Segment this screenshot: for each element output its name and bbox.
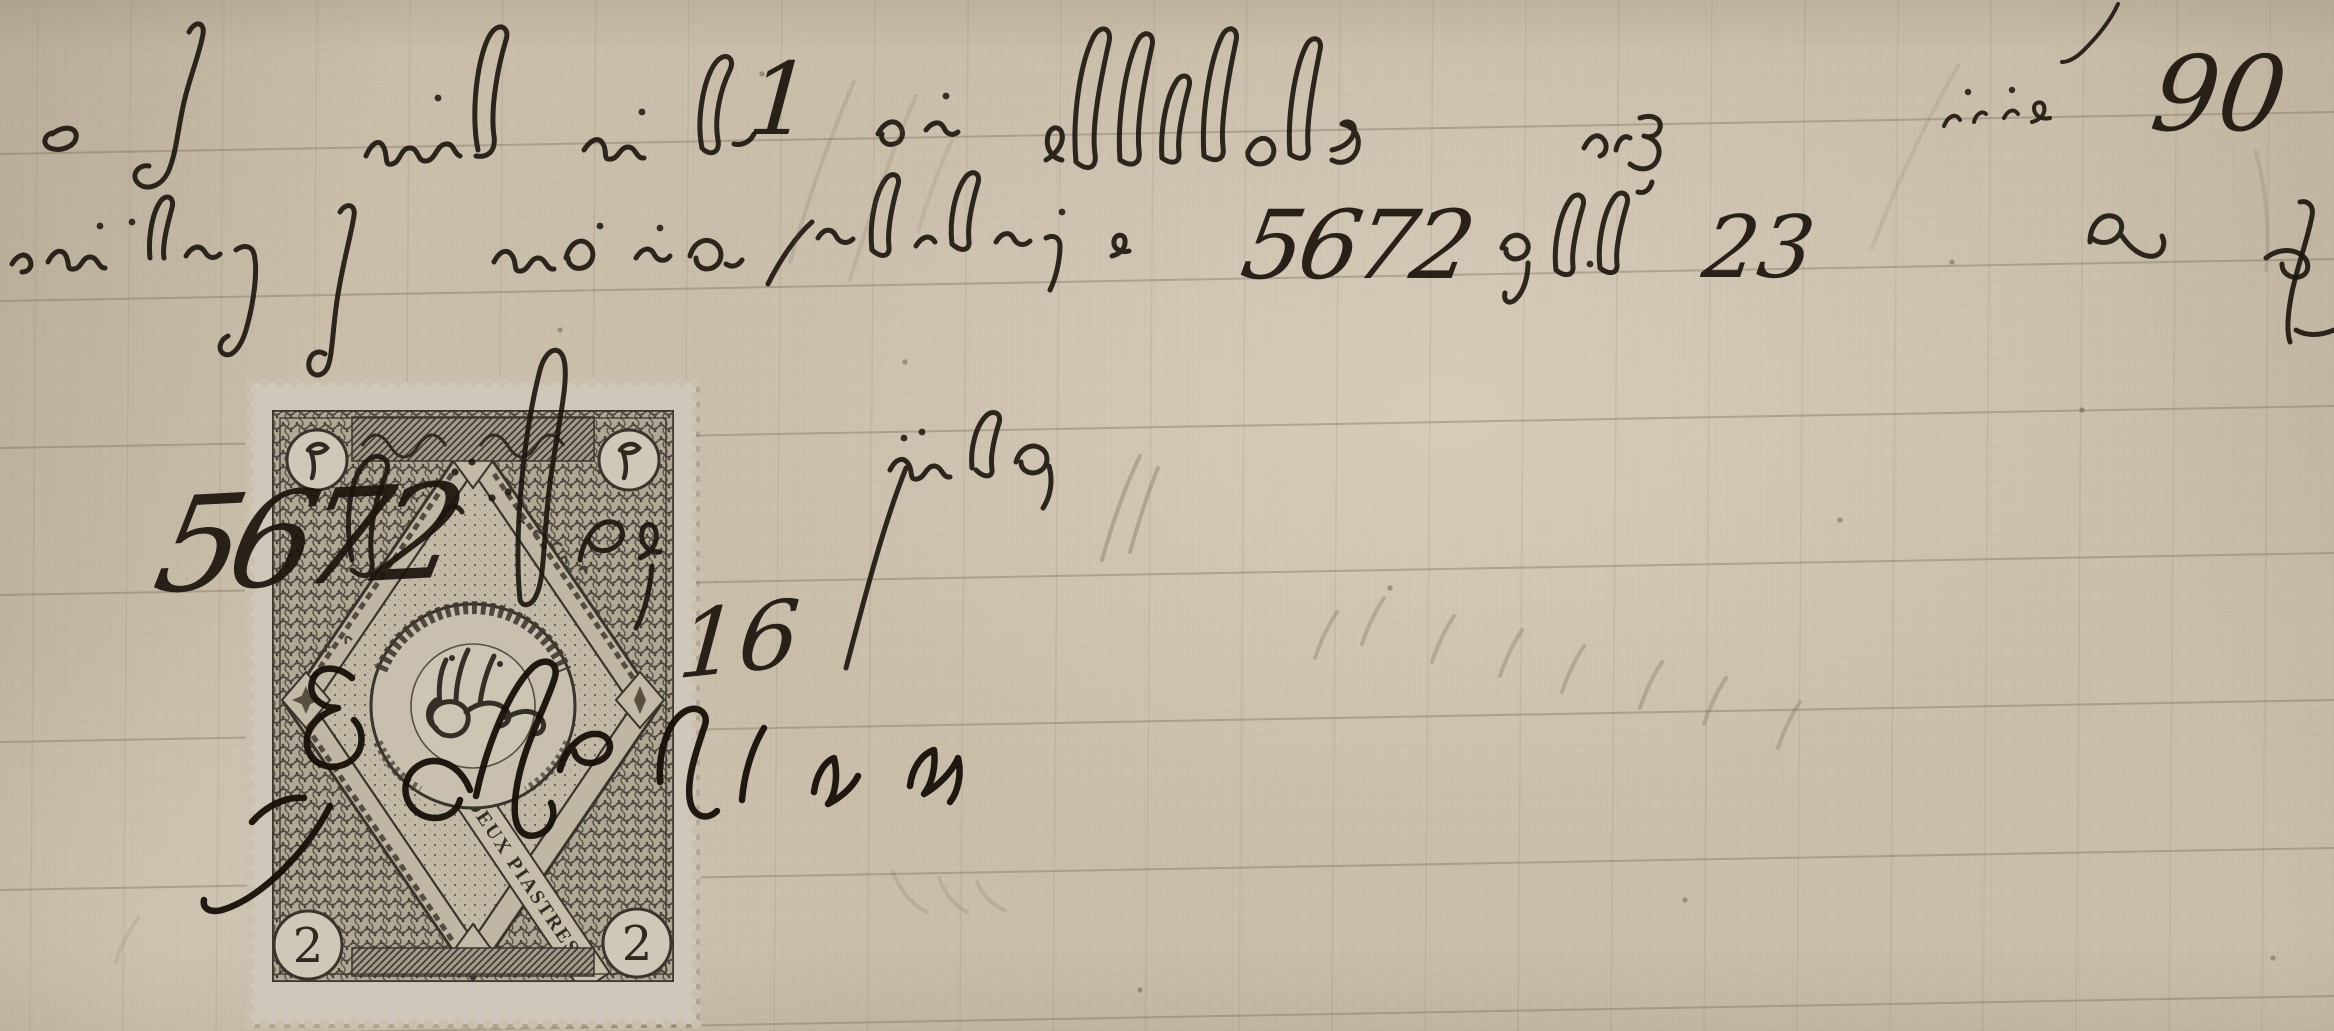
perforation-dot [245, 705, 255, 715]
perforation-dot [304, 377, 314, 387]
perforation-dot [691, 511, 701, 521]
perforation-dot [542, 377, 552, 387]
number-5672-text: 5672 [1234, 190, 1479, 301]
perforation-dot [245, 392, 255, 402]
perforation-dot [631, 1019, 641, 1029]
hw-number-5672-large: 5672 [144, 455, 470, 624]
perforation-dot [289, 1019, 299, 1029]
ink-speck [1682, 897, 1687, 902]
perforation-dot [691, 437, 701, 447]
perforation-dot [245, 795, 255, 805]
hw-number-23: 23 [1696, 198, 1820, 298]
perforation-dot [691, 392, 701, 402]
perforation-dot [646, 377, 656, 387]
perforation-dot [617, 1019, 627, 1029]
perforation-dot [438, 1019, 448, 1029]
perforation-dot [691, 840, 701, 850]
perforation-dot [691, 959, 701, 969]
perforation-dot [691, 451, 701, 461]
perforation-dot [661, 1019, 671, 1029]
perforation-dot [512, 377, 522, 387]
perforation-dot [245, 660, 255, 670]
perforation-dot [245, 631, 255, 641]
perforation-dot [498, 1019, 508, 1029]
scan-canvas: DEUX PIASTRES [0, 0, 2334, 1031]
perforation-dot [334, 377, 344, 387]
hw-number-5672: 5672 [1234, 190, 1479, 301]
stamp-value-bottom-left: 2 [293, 918, 324, 974]
perforation-dot [364, 1019, 374, 1029]
perforation-dot [379, 1019, 389, 1029]
perforation-dot [245, 959, 255, 969]
perforation-dot [453, 1019, 463, 1029]
perforation-dot [527, 1019, 537, 1029]
perforation-dot [245, 437, 255, 447]
perforation-dot [691, 825, 701, 835]
perforation-dot [245, 690, 255, 700]
perforation-dot [691, 855, 701, 865]
perforation-dot [245, 929, 255, 939]
perforation-dot [245, 675, 255, 685]
perforation-dot [245, 780, 255, 790]
perforation-dot [260, 1019, 270, 1029]
perforation-dot [676, 377, 686, 387]
perforation-dot [468, 377, 478, 387]
perforation-dot [661, 377, 671, 387]
perforation-dot [691, 1019, 701, 1029]
perforation-dot [245, 974, 255, 984]
perforation-dot [245, 765, 255, 775]
perforation-dot [691, 974, 701, 984]
perforation-dot [631, 377, 641, 387]
document-page: DEUX PIASTRES [0, 0, 2334, 1031]
hw-number-16: 16 [674, 580, 803, 701]
perforation-dot [245, 989, 255, 999]
ink-speck [902, 359, 907, 364]
perforation-dot [691, 1004, 701, 1014]
ink-speck [1387, 585, 1392, 590]
perforation-dot [245, 825, 255, 835]
perforation-dot [691, 407, 701, 417]
perforation-dot [453, 377, 463, 387]
perforation-dot [646, 1019, 656, 1029]
number-16-text: 16 [674, 580, 803, 701]
perforation-dot [691, 556, 701, 566]
number-5672-large-text: 5672 [144, 455, 470, 624]
perforation-dot [245, 869, 255, 879]
ink-speck [1949, 259, 1954, 264]
perforation-dot [260, 377, 270, 387]
perforation-dot [617, 377, 627, 387]
number-23-text: 23 [1696, 198, 1820, 298]
perforation-dot [245, 914, 255, 924]
perforation-dot [691, 929, 701, 939]
perforation-dot [691, 989, 701, 999]
perforation-dot [319, 377, 329, 387]
stamp-bottom-band [352, 948, 594, 976]
perforation-dot [423, 377, 433, 387]
perforation-dot [245, 451, 255, 461]
perforation-dot [691, 422, 701, 432]
perforation-dot [691, 944, 701, 954]
perforation-dot [245, 1004, 255, 1014]
hw-number-1: 1 [744, 41, 816, 158]
perforation-dot [245, 1019, 255, 1029]
stamp-value-bottom-right: 2 [622, 916, 653, 972]
perforation-dot [319, 1019, 329, 1029]
perforation-dot [289, 377, 299, 387]
perforation-dot [691, 914, 701, 924]
perforation-dot [483, 1019, 493, 1029]
perforation-dot [676, 1019, 686, 1029]
perforation-dot [304, 1019, 314, 1029]
perforation-dot [408, 377, 418, 387]
perforation-dot [245, 735, 255, 745]
perforation-dot [245, 646, 255, 656]
perforation-dot [483, 377, 493, 387]
perforation-dot [557, 1019, 567, 1029]
number-1-text: 1 [744, 41, 816, 158]
perforation-dot [438, 377, 448, 387]
perforation-dot [245, 377, 255, 387]
ink-speck [1837, 517, 1842, 522]
ink-speck [1137, 987, 1142, 992]
perforation-dot [572, 377, 582, 387]
perforation-dot [408, 1019, 418, 1029]
perforation-dot [349, 1019, 359, 1029]
perforation-dot [245, 840, 255, 850]
perforation-dot [691, 377, 701, 387]
perforation-dot [587, 1019, 597, 1029]
perforation-dot [379, 377, 389, 387]
perforation-dot [691, 884, 701, 894]
perforation-dot [572, 1019, 582, 1029]
perforation-dot [275, 1019, 285, 1029]
ink-speck [2270, 955, 2275, 960]
perforation-dot [512, 1019, 522, 1029]
perforation-dot [691, 720, 701, 730]
perforation-dot [691, 496, 701, 506]
perforation-dot [245, 855, 255, 865]
ink-speck [557, 327, 562, 332]
perforation-dot [691, 869, 701, 879]
perforation-dot [691, 541, 701, 551]
perforation-dot [334, 1019, 344, 1029]
perforation-dot [691, 899, 701, 909]
perforation-dot [542, 1019, 552, 1029]
perforation-dot [691, 466, 701, 476]
perforation-dot [245, 422, 255, 432]
number-90-text: 90 [2145, 33, 2294, 154]
perforation-dot [602, 377, 612, 387]
perforation-dot [275, 377, 285, 387]
hw-number-90: 90 [2145, 33, 2294, 154]
perforation-dot [245, 407, 255, 417]
perforation-dot [587, 377, 597, 387]
perforation-dot [349, 377, 359, 387]
ink-speck [2079, 407, 2084, 412]
perforation-dot [364, 377, 374, 387]
perforation-dot [691, 571, 701, 581]
perforation-dot [245, 944, 255, 954]
perforation-dot [691, 526, 701, 536]
perforation-dot [394, 377, 404, 387]
perforation-dot [602, 1019, 612, 1029]
perforation-dot [498, 377, 508, 387]
perforation-dot [423, 1019, 433, 1029]
ink-speck [759, 71, 764, 76]
perforation-dot [468, 1019, 478, 1029]
perforation-dot [245, 720, 255, 730]
perforation-dot [394, 1019, 404, 1029]
perforation-dot [691, 481, 701, 491]
perforation-dot [245, 750, 255, 760]
